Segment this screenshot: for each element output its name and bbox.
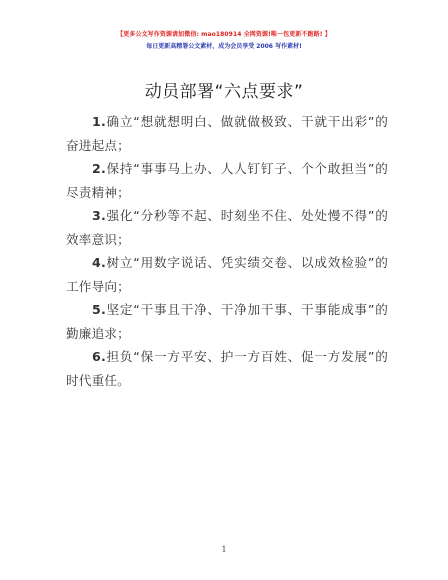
item-text: 确立“想就想明白、做就做极致、干就干出彩”的奋进起点； — [66, 114, 388, 153]
item-number: 1. — [92, 114, 106, 129]
item-number: 3. — [92, 208, 106, 223]
item-text: 强化“分秒等不起、时刻坐不住、处处慢不得”的效率意识； — [66, 208, 388, 247]
requirement-item-6: 6.担负“保一方平安、护一方百姓、促一方发展”的时代重任。 — [66, 345, 388, 392]
item-number: 6. — [92, 349, 106, 364]
item-text: 坚定“干事且干净、干净加干事、干事能成事”的勤廉追求； — [66, 302, 388, 341]
document-page: 【更多公文写作资源请加微信: mao180914 全网资源!唯一包更新不跑路! … — [0, 0, 448, 580]
promo-banner-red: 【更多公文写作资源请加微信: mao180914 全网资源!唯一包更新不跑路! … — [0, 29, 448, 38]
item-text: 保持“事事马上办、人人钉钉子、个个敢担当”的尽责精神； — [66, 161, 388, 200]
requirement-item-1: 1.确立“想就想明白、做就做极致、干就干出彩”的奋进起点； — [66, 110, 388, 157]
page-number: 1 — [0, 545, 448, 554]
item-number: 4. — [92, 255, 106, 270]
item-number: 2. — [92, 161, 106, 176]
item-text: 担负“保一方平安、护一方百姓、促一方发展”的时代重任。 — [66, 349, 388, 388]
item-text: 树立“用数字说话、凭实绩交卷、以成效检验”的工作导向； — [66, 255, 388, 294]
requirement-item-3: 3.强化“分秒等不起、时刻坐不住、处处慢不得”的效率意识； — [66, 204, 388, 251]
document-title: 动员部署“六点要求” — [0, 77, 448, 102]
document-body: 1.确立“想就想明白、做就做极致、干就干出彩”的奋进起点； 2.保持“事事马上办… — [66, 110, 388, 392]
requirement-item-5: 5.坚定“干事且干净、干净加干事、干事能成事”的勤廉追求； — [66, 298, 388, 345]
requirement-item-2: 2.保持“事事马上办、人人钉钉子、个个敢担当”的尽责精神； — [66, 157, 388, 204]
requirement-item-4: 4.树立“用数字说话、凭实绩交卷、以成效检验”的工作导向； — [66, 251, 388, 298]
item-number: 5. — [92, 302, 106, 317]
promo-banner-blue: 每日更新高精署公文素材，成为会员享受 2006 写作素材! — [0, 41, 448, 50]
